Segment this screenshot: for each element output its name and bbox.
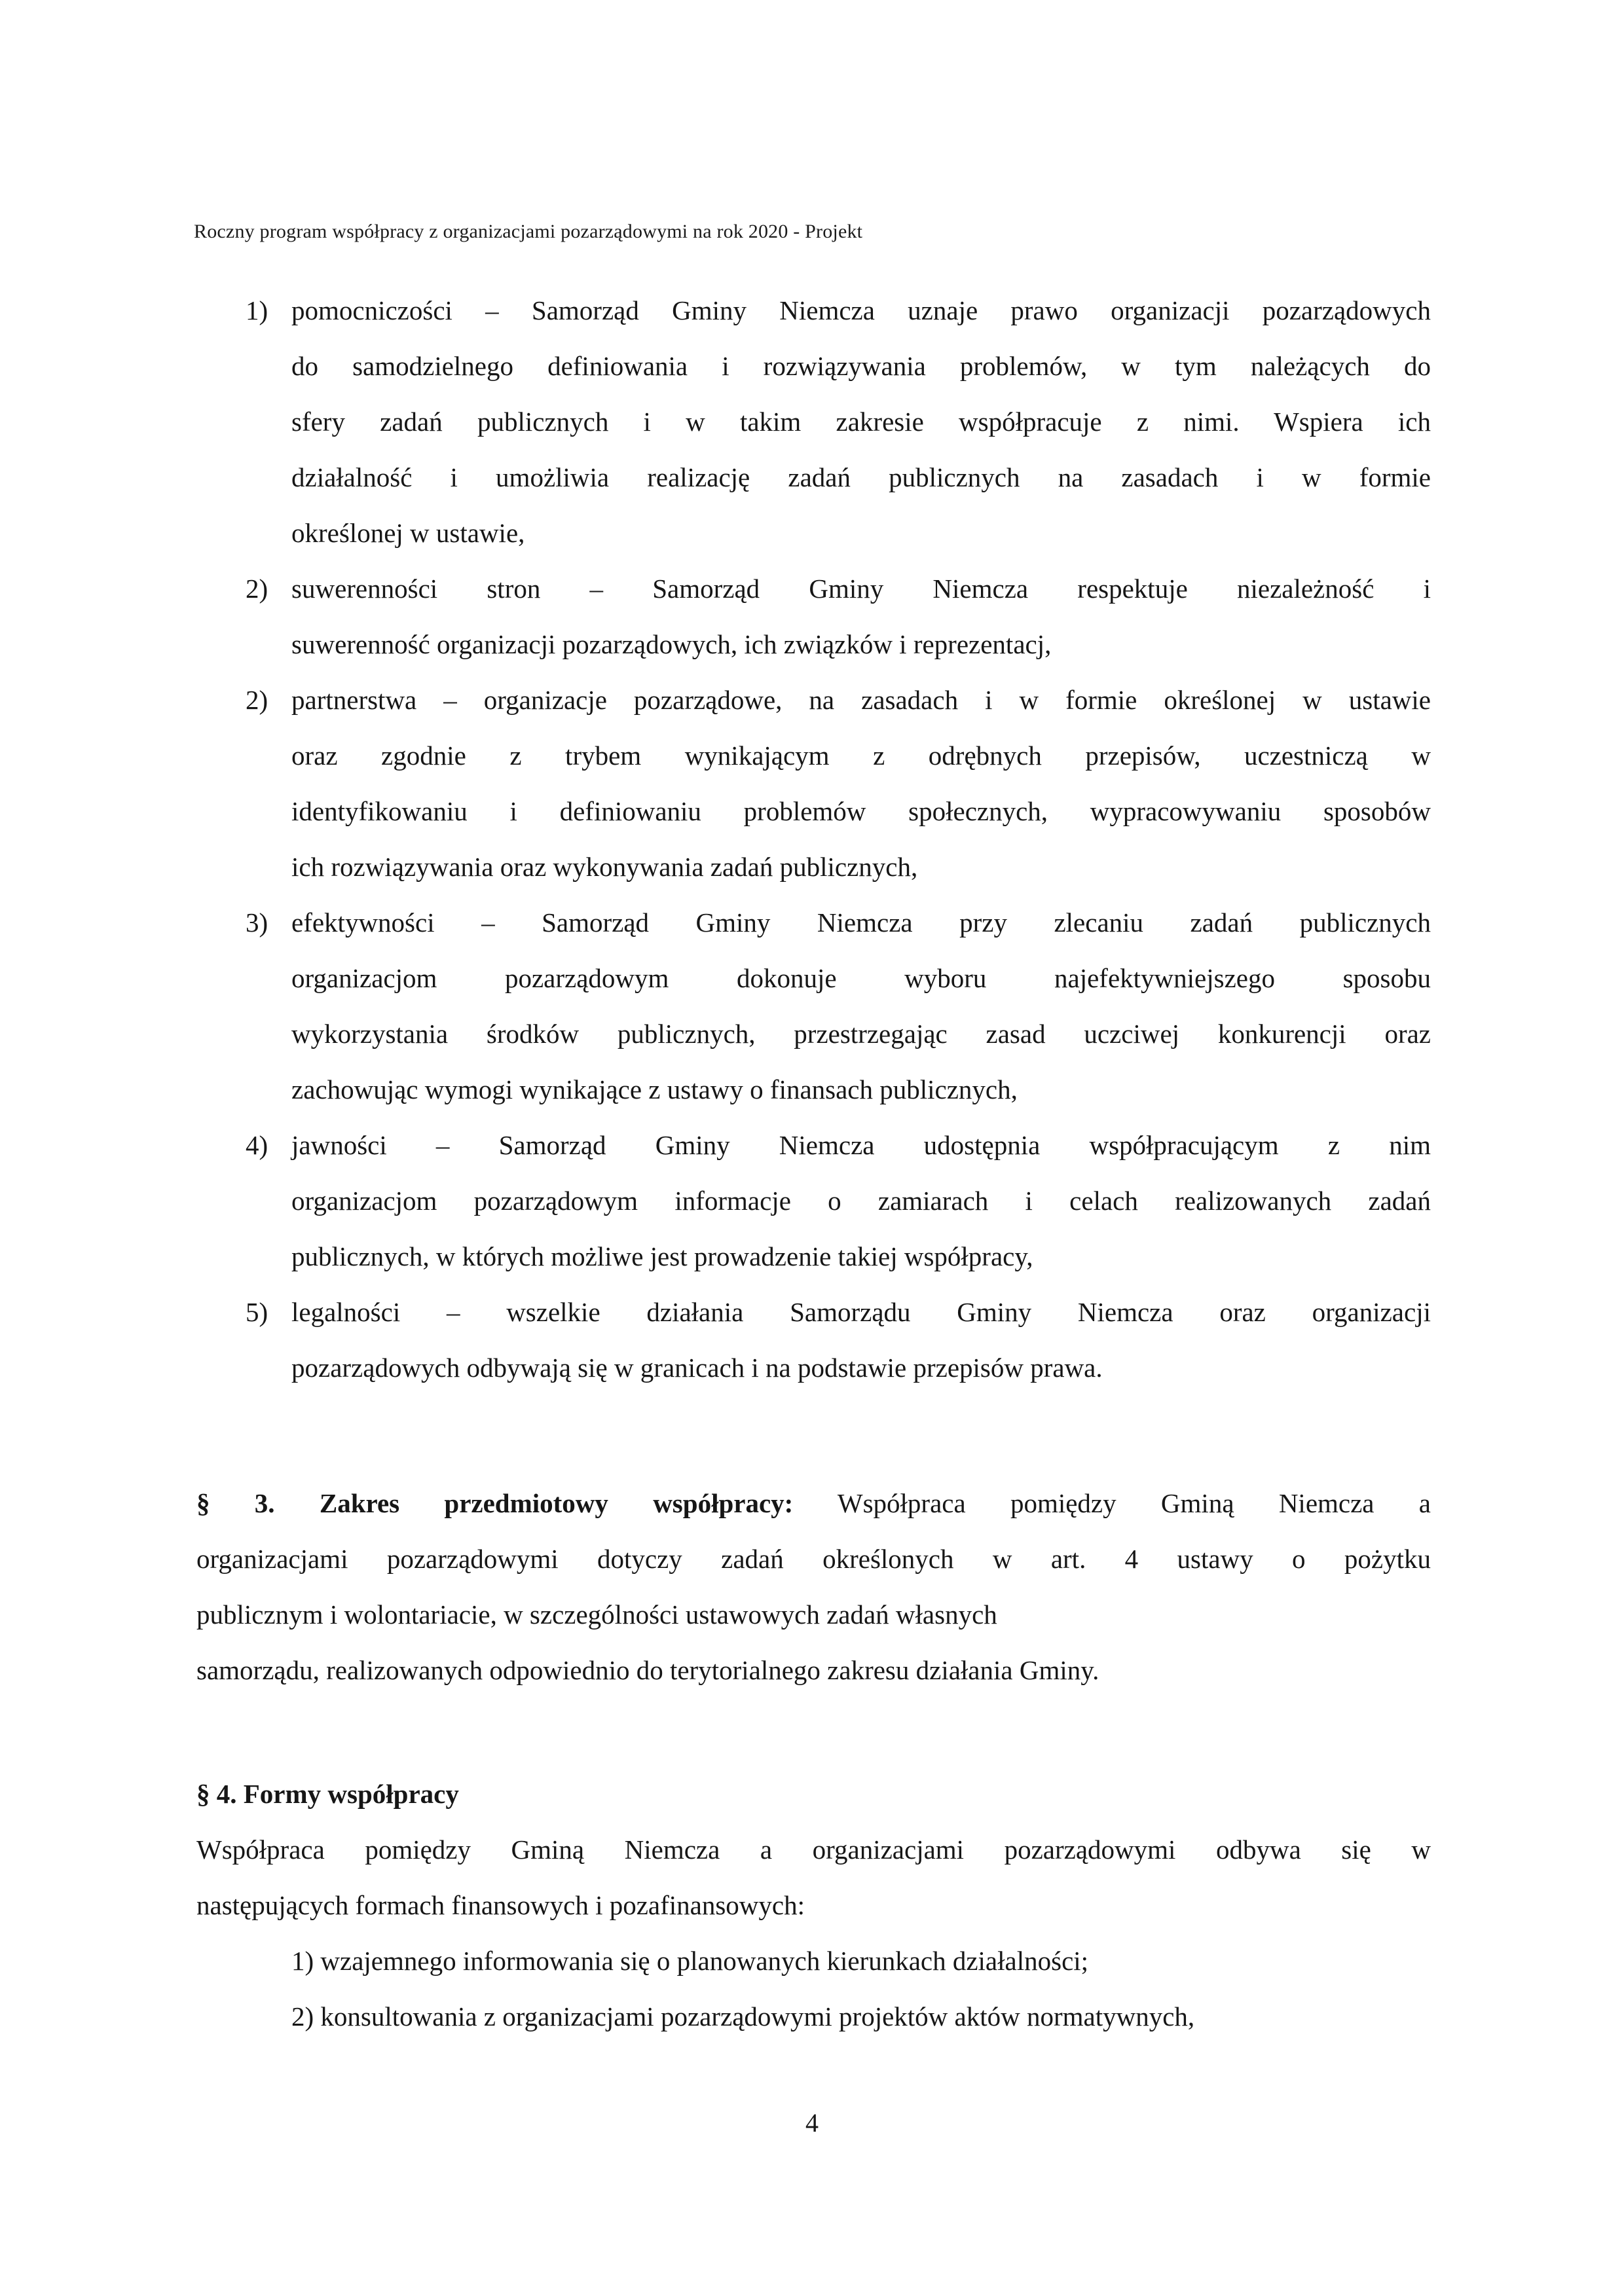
list-item: 1)pomocniczości – Samorząd Gminy Niemcza… — [196, 283, 1431, 561]
item-number: 1) — [246, 283, 268, 338]
text-line: pozarządowych odbywają się w granicach i… — [291, 1340, 1431, 1396]
text-line: samorządu, realizowanych odpowiednio do … — [196, 1643, 1431, 1698]
text-line: pomocniczości – Samorząd Gminy Niemcza u… — [291, 283, 1431, 338]
text-line: suwerenności stron – Samorząd Gminy Niem… — [291, 561, 1431, 617]
text-line: publicznych, w których możliwe jest prow… — [291, 1229, 1431, 1285]
page-header: Roczny program współpracy z organizacjam… — [194, 219, 862, 245]
text-line: organizacjom pozarządowym informacje o z… — [291, 1173, 1431, 1229]
text-line: publicznym i wolontariacie, w szczególno… — [196, 1587, 1431, 1643]
list-item: 3)efektywności – Samorząd Gminy Niemcza … — [196, 895, 1431, 1118]
section-4-items: 1) wzajemnego informowania się o planowa… — [196, 1933, 1431, 2045]
section-4-heading: § 4. Formy współpracy — [196, 1766, 1431, 1822]
list-item: 2) konsultowania z organizacjami pozarzą… — [196, 1989, 1431, 2045]
section-3-heading: § 3. Zakres przedmiotowy współpracy: — [196, 1488, 793, 1518]
item-number: 2) — [246, 672, 268, 728]
text-line: jawności – Samorząd Gminy Niemcza udostę… — [291, 1118, 1431, 1173]
text-line: oraz zgodnie z trybem wynikającym z odrę… — [291, 728, 1431, 784]
principles-list: 1)pomocniczości – Samorząd Gminy Niemcza… — [196, 283, 1431, 1396]
text-line: partnerstwa – organizacje pozarządowe, n… — [291, 672, 1431, 728]
text-line: określonej w ustawie, — [291, 505, 1431, 561]
text-line: działalność i umożliwia realizację zadań… — [291, 450, 1431, 505]
text-line: wykorzystania środków publicznych, przes… — [291, 1006, 1431, 1062]
text-line: następujących formach finansowych i poza… — [196, 1878, 1431, 1933]
section-4-intro: Współpraca pomiędzy Gminą Niemcza a orga… — [196, 1822, 1431, 1933]
text-line: ich rozwiązywania oraz wykonywania zadań… — [291, 839, 1431, 895]
item-number: 4) — [246, 1118, 268, 1173]
document-body: 1)pomocniczości – Samorząd Gminy Niemcza… — [196, 283, 1431, 2045]
item-number: 2) — [246, 561, 268, 617]
text-line: organizacjom pozarządowym dokonuje wybor… — [291, 951, 1431, 1006]
page-number: 4 — [0, 2095, 1624, 2151]
text-line: efektywności – Samorząd Gminy Niemcza pr… — [291, 895, 1431, 951]
list-item: 4)jawności – Samorząd Gminy Niemcza udos… — [196, 1118, 1431, 1285]
text-line: legalności – wszelkie działania Samorząd… — [291, 1285, 1431, 1340]
list-item: 2)suwerenności stron – Samorząd Gminy Ni… — [196, 561, 1431, 672]
list-item: 2)partnerstwa – organizacje pozarządowe,… — [196, 672, 1431, 895]
list-item: 5)legalności – wszelkie działania Samorz… — [196, 1285, 1431, 1396]
text-line: identyfikowaniu i definiowaniu problemów… — [291, 784, 1431, 839]
list-item: 1) wzajemnego informowania się o planowa… — [196, 1933, 1431, 1989]
text-line: sfery zadań publicznych i w takim zakres… — [291, 394, 1431, 450]
text-line: § 3. Zakres przedmiotowy współpracy: Wsp… — [196, 1476, 1431, 1531]
item-number: 3) — [246, 895, 268, 951]
text-line: suwerenność organizacji pozarządowych, i… — [291, 617, 1431, 672]
text-line: organizacjami pozarządowymi dotyczy zada… — [196, 1531, 1431, 1587]
document-page: Roczny program współpracy z organizacjam… — [0, 0, 1624, 2296]
item-number: 2) — [291, 2001, 314, 2032]
text-line: zachowując wymogi wynikające z ustawy o … — [291, 1062, 1431, 1118]
item-number: 1) — [291, 1946, 314, 1976]
section-3-paragraph: § 3. Zakres przedmiotowy współpracy: Wsp… — [196, 1476, 1431, 1698]
text-line: do samodzielnego definiowania i rozwiązy… — [291, 338, 1431, 394]
item-number: 5) — [246, 1285, 268, 1340]
text-line: Współpraca pomiędzy Gminą Niemcza a orga… — [196, 1822, 1431, 1878]
